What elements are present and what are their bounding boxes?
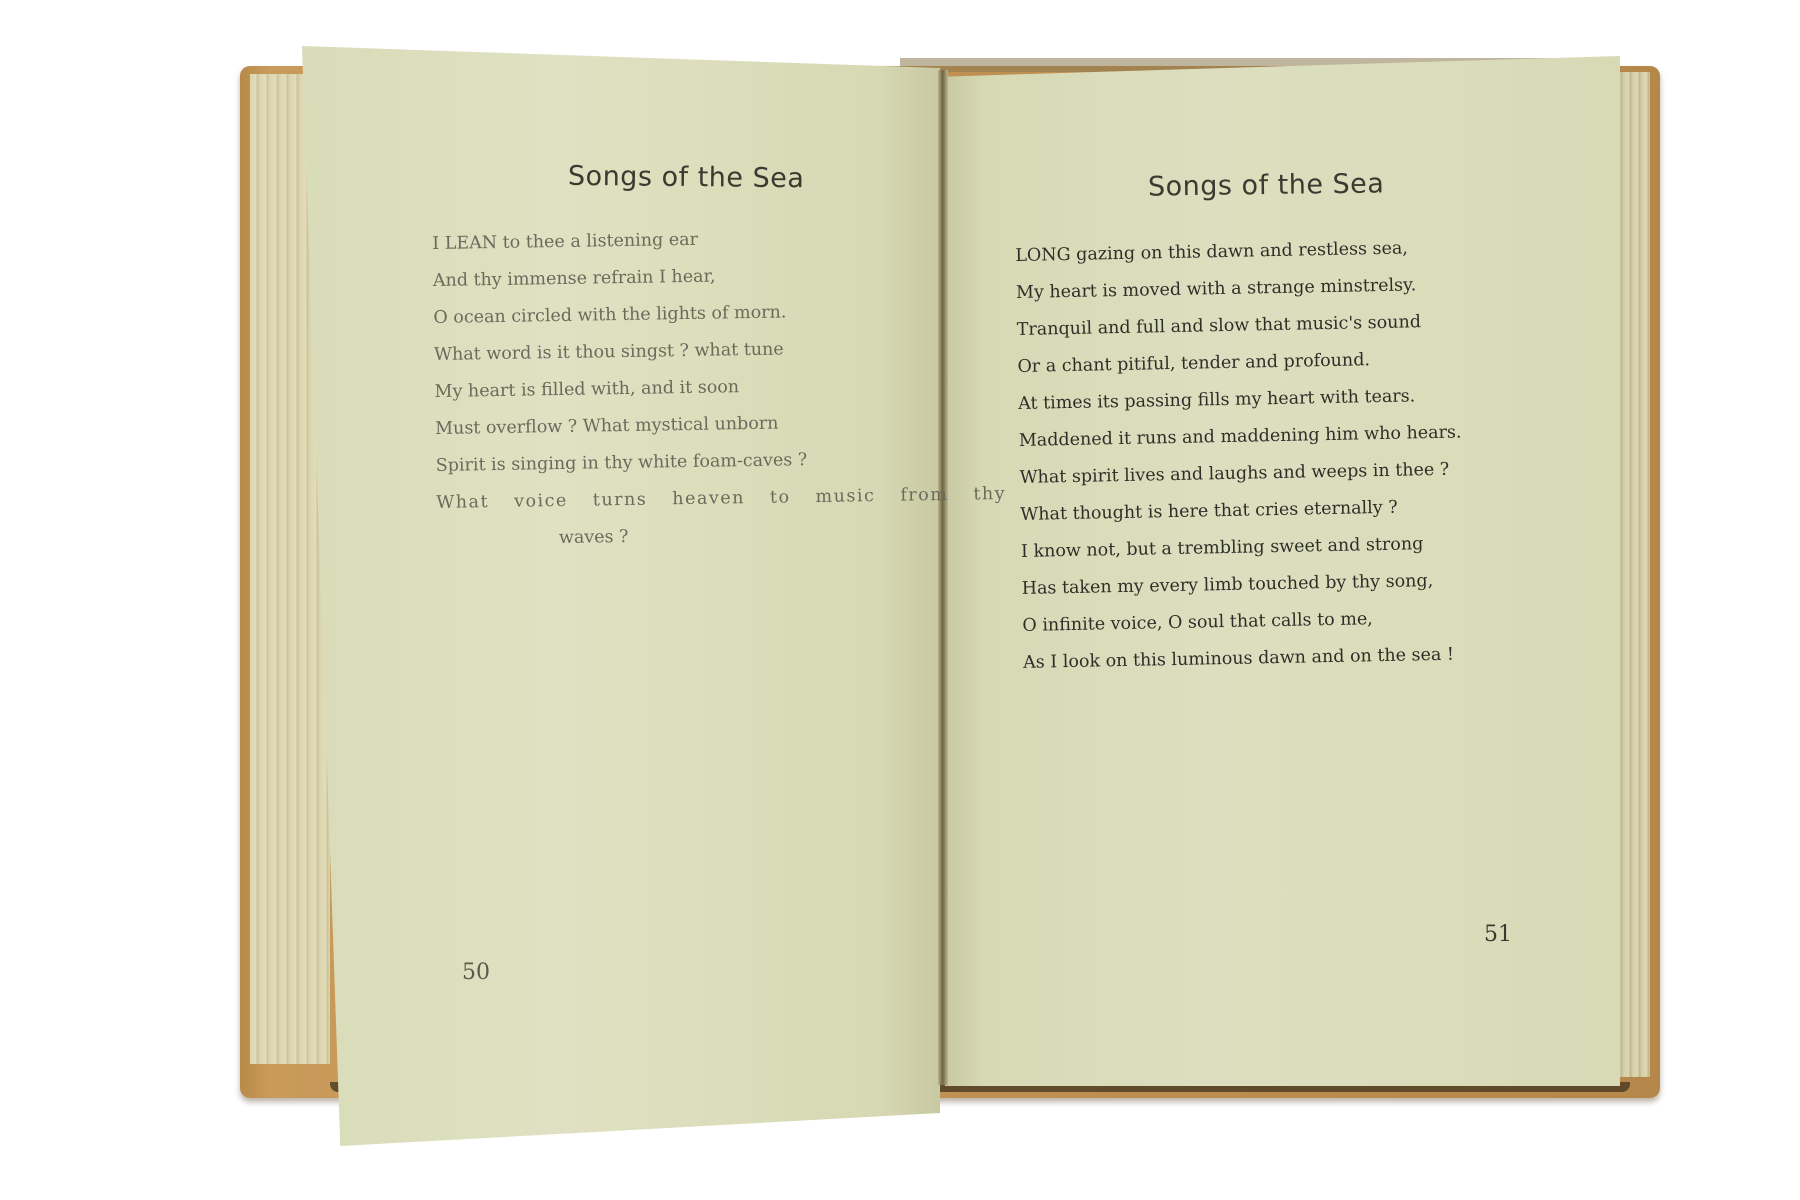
page-left	[302, 46, 940, 1146]
running-head-left: Songs of the Sea	[568, 161, 805, 194]
poem-right: LONG gazing on this dawn and restless se…	[1015, 230, 1466, 682]
page-stack-right	[1615, 72, 1650, 1077]
page-number-left: 50	[462, 960, 490, 985]
poem-left: I LEAN to thee a listening ear And thy i…	[432, 217, 1007, 559]
page-number-right: 51	[1484, 922, 1512, 947]
running-head-right: Songs of the Sea	[1148, 168, 1385, 202]
